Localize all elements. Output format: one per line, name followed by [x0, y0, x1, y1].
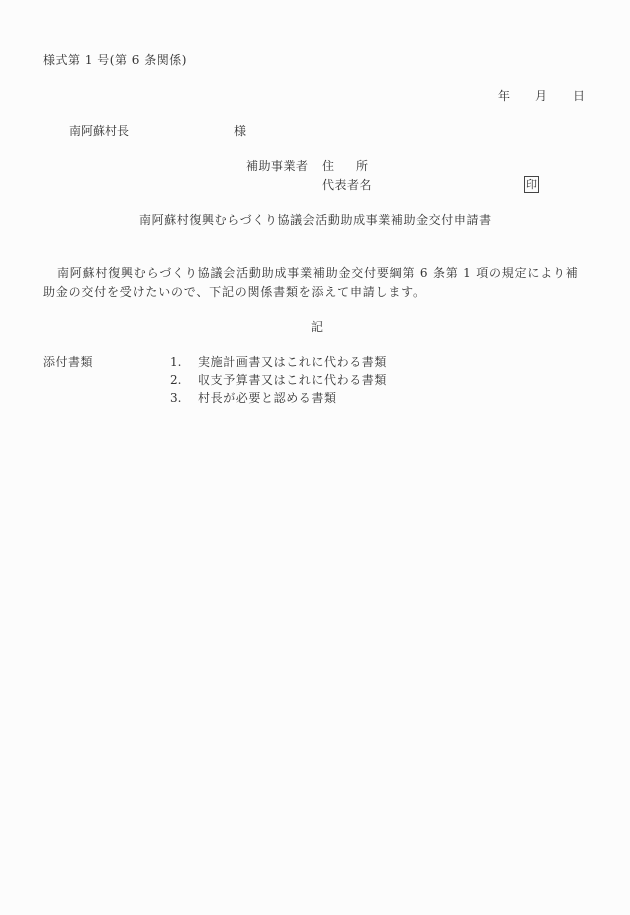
date-day-label: 日: [573, 89, 585, 103]
date-year-label: 年: [498, 89, 535, 103]
attachment-text: 村長が必要と認める書類: [198, 391, 337, 405]
attachments-label: 添付書類: [43, 355, 93, 369]
attachments-list: 1.実施計画書又はこれに代わる書類 2.収支予算書又はこれに代わる書類 3.村長…: [170, 355, 387, 409]
attachment-item: 2.収支予算書又はこれに代わる書類: [170, 373, 387, 391]
attachment-number: 3.: [170, 391, 198, 405]
attachment-text: 収支予算書又はこれに代わる書類: [198, 373, 387, 387]
address-label-part-1: 住: [322, 159, 334, 173]
applicant-label: 補助事業者: [246, 159, 309, 173]
date-month-label: 月: [535, 89, 573, 103]
address-label-part-2: 所: [356, 159, 368, 173]
attachment-number: 1.: [170, 355, 198, 369]
addressee-name: 南阿蘇村長: [69, 124, 129, 138]
representative-label: 代表者名: [322, 178, 372, 192]
form-number: 様式第 1 号(第 6 条関係): [43, 53, 187, 67]
attachment-item: 1.実施計画書又はこれに代わる書類: [170, 355, 387, 373]
attachment-number: 2.: [170, 373, 198, 387]
document-title: 南阿蘇村復興むらづくり協議会活動助成事業補助金交付申請書: [139, 213, 492, 227]
body-paragraph: 南阿蘇村復興むらづくり協議会活動助成事業補助金交付要綱第 6 条第 1 項の規定…: [43, 264, 591, 302]
date-field: 年月日: [498, 89, 585, 103]
address-label: 住所: [322, 159, 368, 173]
ki-heading: 記: [311, 320, 323, 334]
addressee-honorific: 様: [234, 124, 246, 138]
seal-mark: 印: [524, 176, 539, 193]
attachment-text: 実施計画書又はこれに代わる書類: [198, 355, 387, 369]
attachment-item: 3.村長が必要と認める書類: [170, 391, 387, 409]
